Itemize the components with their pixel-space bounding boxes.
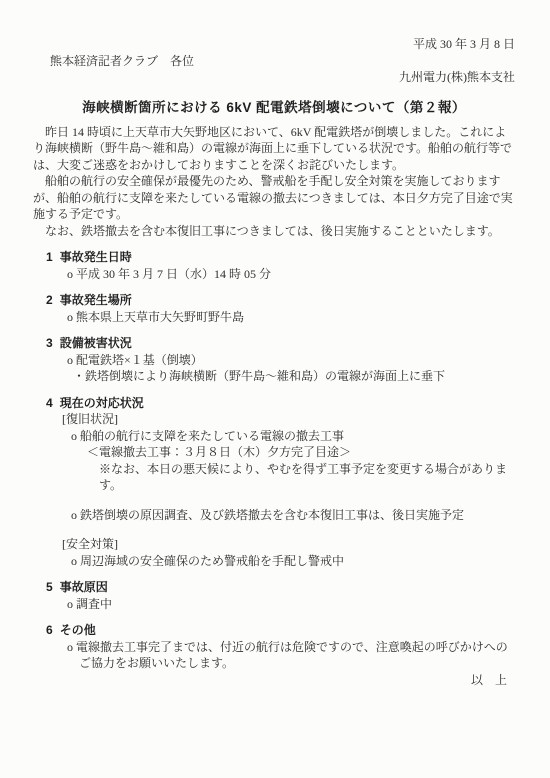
list-item: o 鉄塔倒壊の原因調査、及び鉄塔撤去を含む本復旧工事は、後日実施予定: [71, 507, 515, 524]
closing-mark: 以 上: [33, 672, 515, 689]
section-number: 6: [46, 622, 53, 639]
safety-measures-label: [安全対策]: [62, 536, 515, 553]
section-equipment-damage: 3設備被害状況 o 配電鉄塔×１基（倒壊） ・鉄塔倒壊により海峡横断（野牛島～維…: [33, 335, 515, 385]
document-page: 平成 30 年 3 月 8 日 熊本経済記者クラブ 各位 九州電力(株)熊本支社…: [0, 0, 550, 778]
sender-organization: 九州電力(株)熊本支社: [33, 69, 515, 86]
section-title: 事故発生場所: [60, 293, 132, 307]
list-item: o 船舶の航行に支障を来たしている電線の撤去工事: [71, 428, 515, 445]
section-incident-location: 2事故発生場所 o 熊本県上天草市大矢野町野牛島: [33, 292, 515, 325]
section-current-response: 4現在の対応状況 [復旧状況] o 船舶の航行に支障を来たしている電線の撤去工事…: [33, 395, 515, 570]
section-heading: 4現在の対応状況: [33, 395, 515, 412]
document-date: 平成 30 年 3 月 8 日: [33, 36, 515, 53]
addressee: 熊本経済記者クラブ 各位: [50, 53, 515, 70]
section-title: 事故発生日時: [60, 250, 132, 264]
section-title: 現在の対応状況: [60, 396, 144, 410]
section-heading: 3設備被害状況: [33, 335, 515, 352]
section-heading: 1事故発生日時: [33, 249, 515, 266]
document-title: 海峡横断箇所における 6kV 配電鉄塔倒壊について（第２報）: [33, 98, 515, 117]
section-title: 設備被害状況: [60, 336, 132, 350]
list-item: o 電線撤去工事完了までは、付近の航行は危険ですので、注意喚起の呼びかけへのご協…: [67, 639, 515, 672]
work-schedule: ＜電線撤去工事：３月８日（木）夕方完了目途＞: [87, 444, 515, 461]
lead-paragraphs: 昨日 14 時頃に上天草市大矢野地区において、6kV 配電鉄塔が倒壊しました。こ…: [33, 124, 515, 240]
section-other: 6その他 o 電線撤去工事完了までは、付近の航行は危険ですので、注意喚起の呼びか…: [33, 622, 515, 672]
list-item: o 周辺海域の安全確保のため警戒船を手配し警戒中: [71, 553, 515, 570]
section-heading: 2事故発生場所: [33, 292, 515, 309]
section-number: 2: [46, 292, 53, 309]
section-incident-cause: 5事故原因 o 調査中: [33, 579, 515, 612]
lead-paragraph-3: なお、鉄塔撤去を含む本復旧工事につきましては、後日実施することといたします。: [33, 223, 515, 240]
list-item: o 配電鉄塔×１基（倒壊）: [67, 352, 515, 369]
lead-paragraph-1: 昨日 14 時頃に上天草市大矢野地区において、6kV 配電鉄塔が倒壊しました。こ…: [33, 124, 515, 174]
recovery-status-label: [復旧状況]: [62, 411, 515, 428]
section-heading: 5事故原因: [33, 579, 515, 596]
weather-note: ※なお、本日の悪天候により、やむを得ず工事予定を変更する場合があります。: [99, 461, 515, 494]
section-number: 3: [46, 335, 53, 352]
list-item: o 平成 30 年 3 月 7 日（水）14 時 05 分: [67, 266, 515, 283]
section-title: 事故原因: [60, 580, 108, 594]
lead-paragraph-2: 船舶の航行の安全確保が最優先のため、警戒船を手配し安全対策を実施しておりますが、…: [33, 173, 515, 223]
sub-list-item: ・鉄塔倒壊により海峡横断（野牛島～維和島）の電線が海面上に垂下: [73, 368, 515, 385]
list-item: o 調査中: [67, 596, 515, 613]
section-number: 1: [46, 249, 53, 266]
section-number: 4: [46, 395, 53, 412]
section-incident-datetime: 1事故発生日時 o 平成 30 年 3 月 7 日（水）14 時 05 分: [33, 249, 515, 282]
section-number: 5: [46, 579, 53, 596]
list-item: o 熊本県上天草市大矢野町野牛島: [67, 309, 515, 326]
section-heading: 6その他: [33, 622, 515, 639]
section-title: その他: [60, 623, 96, 637]
